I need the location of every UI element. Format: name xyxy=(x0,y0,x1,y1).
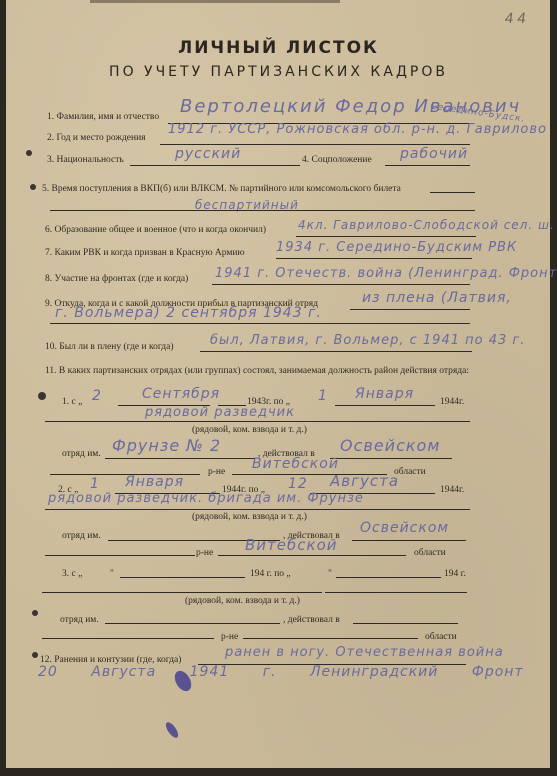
year-suffix: г. xyxy=(461,569,466,579)
rayon-label: р-не xyxy=(221,632,238,642)
year-prefix: 194 xyxy=(444,569,458,579)
field-line xyxy=(160,144,470,145)
year-suffix: г. xyxy=(459,397,464,407)
field-10-label: 10. Был ли в плену (где и когда) xyxy=(45,342,174,352)
field-line xyxy=(45,509,470,510)
punch-hole xyxy=(26,150,32,156)
field-5-label: 5. Время поступления в ВКП(б) или ВЛКСМ.… xyxy=(42,184,401,194)
field-line xyxy=(336,577,441,578)
field-1-label: 1. Фамилия, имя и отчество xyxy=(47,112,159,122)
field-line xyxy=(325,592,467,593)
field-3-value: русский xyxy=(175,146,241,162)
field-line xyxy=(330,458,452,459)
field-6-label: 6. Образование общее и военное (что и ко… xyxy=(45,225,266,235)
field-4-label: 4. Соцположение xyxy=(302,155,372,165)
quote-mark: " xyxy=(328,569,332,579)
detachment-2-day: 1 xyxy=(90,476,100,492)
field-line xyxy=(45,421,470,422)
field-3-label: 3. Национальность xyxy=(47,155,124,165)
detachment-1-oblast: Витебской xyxy=(252,456,339,472)
field-12-value-line2: 20 Августа 1941 г. Ленинградский Фронт xyxy=(38,664,524,680)
year-prefix: 194 xyxy=(440,485,454,495)
top-edge-band xyxy=(90,0,340,3)
field-7-label: 7. Каким РВК и когда призван в Красную А… xyxy=(45,248,245,258)
field-8-value: 1941 г. Отечеств. война (Ленинград. Фрон… xyxy=(215,266,557,281)
field-6-value: 4кл. Гаврилово-Слободской сел. ш. xyxy=(298,218,555,232)
detachment-2-year-to: 1944г. xyxy=(440,485,464,495)
rayon-label: р-не xyxy=(208,467,225,477)
otryad-label: отряд им. xyxy=(62,449,101,459)
detachment-1-day: 2 xyxy=(92,388,102,404)
to-label: г. по „ xyxy=(267,569,291,579)
detachment-3-year-from: 194 г. по „ xyxy=(250,569,291,579)
detachment-2-to-day: 12 xyxy=(288,476,308,492)
detachment-1-to-month: Января xyxy=(355,386,414,402)
field-7-value: 1934 г. Середино-Будским РВК xyxy=(276,240,517,255)
punch-hole xyxy=(32,610,38,616)
field-line xyxy=(276,258,472,259)
field-line xyxy=(42,592,322,593)
field-line xyxy=(212,284,470,285)
field-12-value: ранен в ногу. Отечественная война xyxy=(225,645,504,660)
field-9-value: из плена (Латвия, xyxy=(362,290,512,306)
page-number: 44 xyxy=(504,10,531,27)
field-line xyxy=(353,623,458,624)
position-hint: (рядовой, ком. взвода и т. д.) xyxy=(185,596,300,606)
field-4-value: рабочий xyxy=(400,146,468,162)
field-line xyxy=(130,165,300,166)
punch-hole xyxy=(32,652,38,658)
year-prefix: 194 xyxy=(250,569,264,579)
otryad-label: отряд им. xyxy=(62,531,101,541)
detachment-1-year-to: 1944г. xyxy=(440,397,464,407)
field-line xyxy=(50,210,475,211)
otryad-label: отряд им. xyxy=(60,615,99,625)
field-line xyxy=(385,165,470,166)
field-10-value: был, Латвия, г. Вольмер, с 1941 по 43 г. xyxy=(210,333,525,348)
detachment-2-month: Января xyxy=(125,474,184,490)
field-line xyxy=(200,351,472,352)
year-suffix: г. xyxy=(459,485,464,495)
detachment-1-month: Сентября xyxy=(142,386,220,402)
detachment-1-position: рядовой разведчик xyxy=(145,405,295,420)
field-line xyxy=(45,555,195,556)
rayon-label: р-не xyxy=(196,548,213,558)
field-line xyxy=(350,309,470,310)
field-9-value-line2: г. Вольмера) 2 сентября 1943 г. xyxy=(55,305,322,321)
year-prefix: 194 xyxy=(440,397,454,407)
field-line xyxy=(352,540,466,541)
acting-in-label: , действовал в xyxy=(283,615,340,625)
document-subtitle: ПО УЧЕТУ ПАРТИЗАНСКИХ КАДРОВ xyxy=(0,64,557,80)
field-line xyxy=(243,638,418,639)
punch-hole xyxy=(30,184,36,190)
field-line xyxy=(296,236,476,237)
position-hint: (рядовой, ком. взвода и т. д.) xyxy=(192,512,307,522)
field-line xyxy=(335,405,435,406)
field-line xyxy=(105,458,255,459)
detachment-2-to-month: Августа xyxy=(330,472,399,490)
field-line xyxy=(430,192,475,193)
detachment-3-year-to: 194 г. xyxy=(444,569,466,579)
detachment-1-otryad: Фрунзе № 2 xyxy=(112,436,221,455)
detachment-1-district: Освейском xyxy=(340,436,440,455)
field-line xyxy=(105,623,280,624)
position-hint: (рядовой, ком. взвода и т. д.) xyxy=(192,425,307,435)
field-2-value: 1912 г. УССР, Рожновская обл. р-н. д. Га… xyxy=(168,122,547,137)
field-line xyxy=(42,638,214,639)
detachment-2-district: Освейском xyxy=(360,520,449,536)
field-line xyxy=(120,577,245,578)
field-line xyxy=(50,323,470,324)
detachment-2-position: рядовой разведчик. бригада им. Фрунзе xyxy=(48,491,364,506)
detachment-1-to-day: 1 xyxy=(318,388,328,404)
field-line xyxy=(218,555,406,556)
oblast-label: области xyxy=(425,632,457,642)
field-11-label: 11. В каких партизанских отрядах (или гр… xyxy=(45,364,485,378)
field-2-label: 2. Год и место рождения xyxy=(47,133,146,143)
document-title: ЛИЧНЫЙ ЛИСТОК xyxy=(0,38,557,58)
detachment-3-num: 3. с „ xyxy=(62,569,82,579)
detachment-2-oblast: Витебской xyxy=(245,536,338,554)
punch-hole xyxy=(38,392,46,400)
quote-mark: " xyxy=(110,569,114,579)
field-8-label: 8. Участие на фронтах (где и когда) xyxy=(45,274,188,284)
oblast-label: области xyxy=(414,548,446,558)
detachment-1-num: 1. с „ xyxy=(62,397,82,407)
